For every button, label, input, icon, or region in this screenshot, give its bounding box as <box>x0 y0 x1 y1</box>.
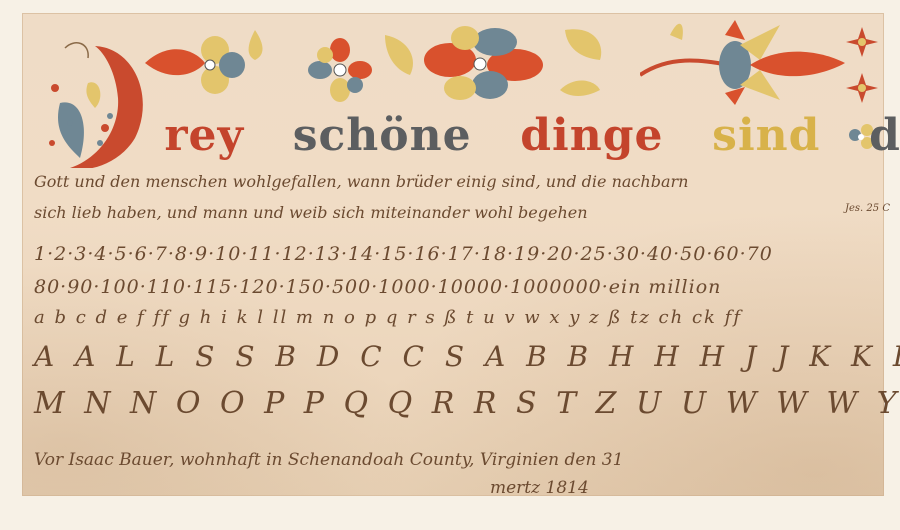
capitals-row-2: M N N O O P P Q Q R R S T Z U U W W W Y … <box>34 386 900 421</box>
fraktur-heading: rey schöne dinge sind die beyde <box>40 110 900 161</box>
tulip-right-icon <box>640 15 850 105</box>
signature-line: Vor Isaac Bauer, wohnhaft in Schenandoah… <box>34 450 623 470</box>
heading-word-1: rey <box>164 110 244 161</box>
margin-note: Jes. 25 C <box>845 203 890 214</box>
tulip-flower-icon <box>140 25 270 100</box>
body-line-2: sich lieb haben, und mann und weib sich … <box>34 203 588 222</box>
leaf-icon <box>380 30 420 80</box>
large-flower-icon <box>420 20 545 105</box>
body-line-1: Gott und den menschen wohlgefallen, wann… <box>34 172 688 191</box>
heading-word-5: die <box>869 110 900 161</box>
rosette-flower-icon <box>305 35 375 105</box>
numbers-line-2: 80·90·100·110·115·120·150·500·1000·10000… <box>34 276 721 298</box>
leaf-pair-icon <box>555 20 615 100</box>
heading-word-2: schöne <box>293 110 472 161</box>
lowercase-alphabet: a b c d e f ff g h i k l ll m n o p q r … <box>34 307 742 328</box>
heading-word-3: dinge <box>520 110 663 161</box>
heading-word-4: sind <box>712 110 820 161</box>
date-line: mertz 1814 <box>490 478 589 498</box>
capitals-row-1: A A L L S S B D C C S A B B H H H J J K … <box>34 340 900 373</box>
numbers-line-1: 1·2·3·4·5·6·7·8·9·10·11·12·13·14·15·16·1… <box>34 243 773 265</box>
